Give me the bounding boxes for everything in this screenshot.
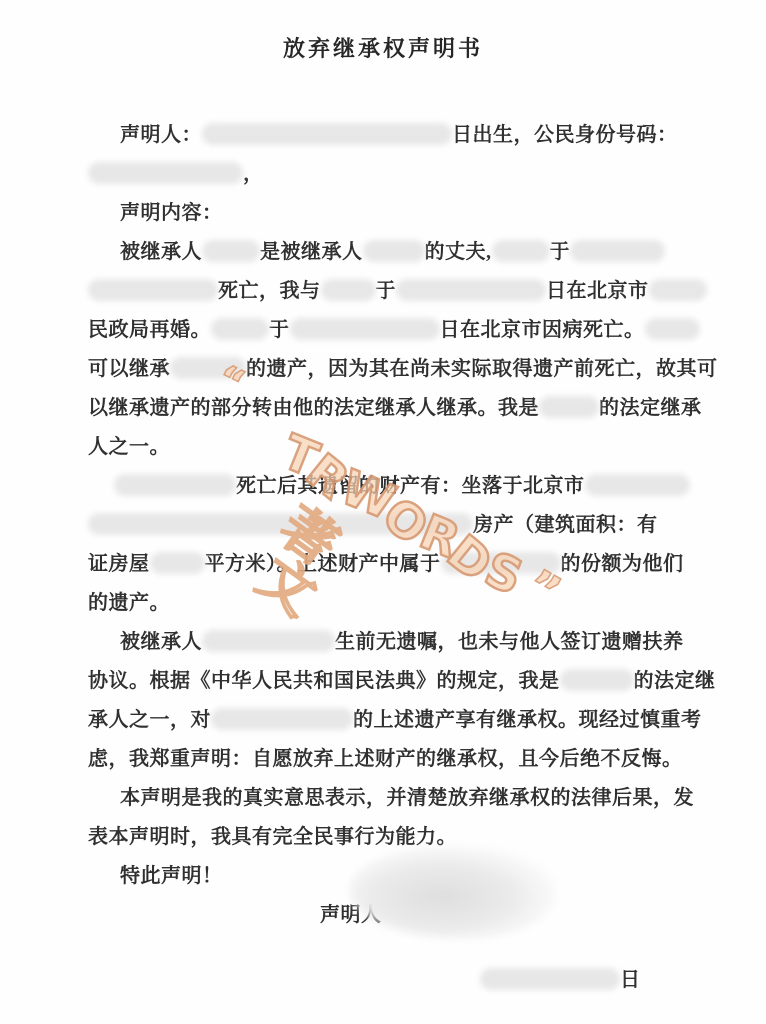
redacted-blur <box>150 552 205 574</box>
text-segment: 日出生，公民身份号码： <box>452 124 678 146</box>
redacted-blur <box>321 279 376 301</box>
line-paragraph3-1: 被继承人生前无遗嘱，也未与他人签订遗赠扶养 <box>88 623 696 662</box>
line-paragraph3-3: 承人之一，对的上述遗产享有继承权。现经过慎重考 <box>88 701 696 740</box>
redacted-blur <box>396 279 546 301</box>
text-segment: 民政局再婚。 <box>88 319 211 341</box>
redacted-blur <box>202 123 452 145</box>
text-segment: 是被继承人 <box>260 241 363 263</box>
line-paragraph1-2: 死亡，我与于日在北京市 <box>88 272 696 311</box>
redacted-blur <box>585 474 690 496</box>
redacted-blur <box>492 240 550 262</box>
text-segment: 声明内容： <box>120 202 223 224</box>
text-segment: 日在北京市 <box>546 280 649 302</box>
line-paragraph2-4: 的遗产。 <box>88 584 696 623</box>
line-date: 日 <box>88 961 696 1000</box>
text-segment: 的遗产，因为其在尚未实际取得遗产前死亡，故其可 <box>246 358 718 380</box>
text-segment: 承人之一，对 <box>88 709 211 731</box>
redacted-blur <box>114 474 236 496</box>
text-segment: 的份额为他们 <box>561 553 684 575</box>
redacted-blur <box>88 513 473 535</box>
line-paragraph1-4: 可以继承的遗产，因为其在尚未实际取得遗产前死亡，故其可 <box>88 350 696 389</box>
document-title: 放弃继承权声明书 <box>0 32 766 63</box>
redacted-blur <box>211 318 269 340</box>
redacted-blur <box>570 240 665 262</box>
text-segment: 的上述遗产享有继承权。现经过慎重考 <box>353 709 702 731</box>
line-paragraph1-1: 被继承人是被继承人的丈夫,于 <box>88 233 696 272</box>
line-paragraph2-2: 房产（建筑面积：有 <box>88 506 696 545</box>
text-segment: ， <box>243 163 264 185</box>
line-content-heading: 声明内容： <box>88 194 696 233</box>
line-id-number: ， <box>88 155 696 194</box>
scanned-document-page: 放弃继承权声明书 声明人：日出生，公民身份号码： ， 声明内容： 被继承人是被继… <box>0 0 766 1024</box>
line-paragraph2-1: 死亡后其遗留的财产有：坐落于北京市 <box>88 467 696 506</box>
text-segment: 于 <box>376 280 397 302</box>
text-segment: 死亡后其遗留的财产有：坐落于北京市 <box>236 475 585 497</box>
text-segment: 于 <box>550 241 571 263</box>
redacted-blur <box>211 708 353 730</box>
text-segment: 表本声明时，我具有完全民事行为能力。 <box>88 826 457 848</box>
line-paragraph1-5: 以继承遗产的部分转由他的法定继承人继承。我是的法定继承 <box>88 389 696 428</box>
line-paragraph1-6: 人之一。 <box>88 428 696 467</box>
text-segment: 本声明是我的真实意思表示，并清楚放弃继承权的法律后果，发 <box>120 787 694 809</box>
text-segment: 日 <box>620 969 641 991</box>
text-segment: 人之一。 <box>88 436 170 458</box>
text-segment: 生前无遗嘱，也未与他人签订遗赠扶养 <box>335 631 684 653</box>
text-segment: 声明人： <box>120 124 202 146</box>
redacted-blur <box>441 552 561 574</box>
redacted-blur <box>649 279 707 301</box>
line-paragraph2-3: 证房屋平方米）。上述财产中属于的份额为他们 <box>88 545 696 584</box>
redacted-blur <box>88 162 243 184</box>
text-segment: 被继承人 <box>120 631 202 653</box>
text-segment: 证房屋 <box>88 553 150 575</box>
redacted-blur <box>290 318 440 340</box>
text-segment: 被继承人 <box>120 241 202 263</box>
text-segment: 的丈夫, <box>425 241 492 263</box>
text-segment: 房产（建筑面积：有 <box>473 514 658 536</box>
text-segment: 平方米）。上述财产中属于 <box>205 553 441 575</box>
line-paragraph4-1: 本声明是我的真实意思表示，并清楚放弃继承权的法律后果，发 <box>88 779 696 818</box>
line-paragraph3-2: 协议。根据《中华人民共和国民法典》的规定，我是的法定继 <box>88 662 696 701</box>
redacted-blur <box>645 318 700 340</box>
redacted-blur <box>88 279 218 301</box>
line-paragraph4-2: 表本声明时，我具有完全民事行为能力。 <box>88 818 696 857</box>
text-segment: 的法定继承 <box>599 397 702 419</box>
line-declarant: 声明人：日出生，公民身份号码： <box>88 116 696 155</box>
redacted-blur <box>202 240 260 262</box>
redacted-blur <box>480 968 620 990</box>
text-segment: 的法定继 <box>634 670 716 692</box>
redacted-blur <box>363 240 425 262</box>
text-segment: 虑，我郑重声明：自愿放弃上述财产的继承权，且今后绝不反悔。 <box>88 748 683 770</box>
text-segment: 日在北京市因病死亡。 <box>440 319 645 341</box>
text-segment: 协议。根据《中华人民共和国民法典》的规定，我是 <box>88 670 560 692</box>
text-segment: 特此声明！ <box>120 865 223 887</box>
text-segment: 以继承遗产的部分转由他的法定继承人继承。我是 <box>88 397 539 419</box>
redacted-blur <box>560 669 634 691</box>
redacted-blur <box>170 357 246 379</box>
line-paragraph1-3: 民政局再婚。于日在北京市因病死亡。 <box>88 311 696 350</box>
text-segment: 可以继承 <box>88 358 170 380</box>
text-segment: 死亡，我与 <box>218 280 321 302</box>
redacted-blur <box>202 630 335 652</box>
redacted-blur <box>539 396 599 418</box>
text-segment: 的遗产。 <box>88 592 170 614</box>
text-segment: 于 <box>269 319 290 341</box>
line-paragraph3-4: 虑，我郑重声明：自愿放弃上述财产的继承权，且今后绝不反悔。 <box>88 740 696 779</box>
